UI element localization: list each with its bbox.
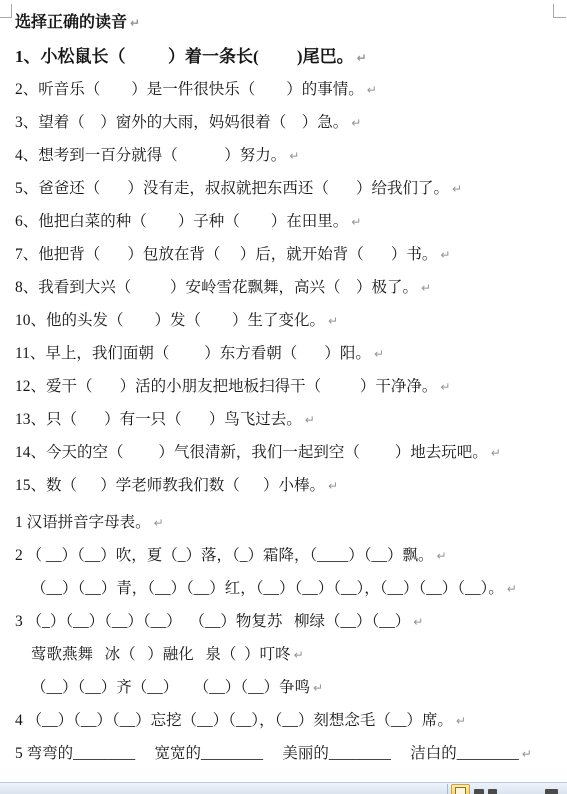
worksheet-title: 选择正确的读音↵ (15, 8, 563, 40)
question-7: 7、他把背（ ）包放在背（ ）后，就开始背（ ）书。↵ (15, 238, 563, 271)
proofing-status-icon[interactable] (451, 784, 470, 794)
paragraph-mark: ↵ (421, 281, 431, 295)
paragraph-mark: ↵ (437, 549, 447, 563)
status-bar (0, 782, 567, 794)
proofing-book-glyph (455, 787, 466, 794)
paragraph-mark: ↵ (522, 747, 532, 761)
paragraph-mark: ↵ (452, 182, 462, 196)
document-canvas[interactable]: 选择正确的读音↵ 1、小松鼠长（ ）着一条长( )尾巴。↵ 2、听音乐（ ）是一… (0, 0, 567, 770)
paragraph-mark: ↵ (294, 648, 304, 662)
question-text: 15、数（ ）学老师教我们数（ ）小棒。 (15, 477, 325, 494)
exercise-2-line-1: 2 （ __）（__）吹，夏（_）落，（_）霜降，（____）（__）飘。↵ (15, 539, 563, 572)
paragraph-mark: ↵ (351, 215, 361, 229)
exercise-text: （__）（__）青，（__）（__）红，（__）（__）（__），（__）（__… (31, 580, 504, 597)
exercise-5: 5 弯弯的________ 宽宽的________ 美丽的________ 洁白… (15, 737, 563, 770)
question-text: 2、听音乐（ ）是一件很快乐（ ）的事情。 (15, 81, 364, 98)
exercise-text: 4 （__）（__）（__）忘挖（__）（__），（__）刻想念毛（__）席。 (15, 712, 453, 729)
question-text: 6、他把白菜的种（ ）子种（ ）在田里。 (15, 213, 348, 230)
paragraph-mark: ↵ (456, 714, 466, 728)
paragraph-mark: ↵ (130, 16, 140, 30)
question-text: 5、爸爸还（ ）没有走，叔叔就把东西还（ ）给我们了。 (15, 180, 449, 197)
paragraph-mark: ↵ (440, 380, 450, 394)
exercise-text: 3 （_）（__）（__）（__） （__）物复苏 柳绿（__）（__） (15, 613, 410, 630)
paragraph-mark: ↵ (328, 479, 338, 493)
question-text: 11、早上，我们面朝（ ）东方看朝（ ）阳。 (15, 345, 371, 362)
exercise-text: 1 汉语拼音字母表。 (15, 514, 151, 531)
paragraph-mark: ↵ (328, 314, 338, 328)
question-5: 5、爸爸还（ ）没有走，叔叔就把东西还（ ）给我们了。↵ (15, 172, 563, 205)
exercise-3-line-2: 莺歌燕舞 冰（ ）融化 泉（ ）叮咚↵ (15, 638, 563, 671)
paragraph-mark: ↵ (313, 681, 323, 695)
paragraph-mark: ↵ (507, 582, 517, 596)
paragraph-mark: ↵ (357, 51, 367, 65)
paragraph-mark: ↵ (351, 116, 361, 130)
exercise-text: 莺歌燕舞 冰（ ）融化 泉（ ）叮咚 (31, 646, 291, 663)
status-text-clipped (474, 789, 484, 794)
question-text: 13、只（ ）有一只（ ）鸟飞过去。 (15, 411, 302, 428)
paragraph-mark: ↵ (289, 149, 299, 163)
exercise-3-line-3: （__）（__）齐（__） （__）（__）争鸣↵ (15, 671, 563, 704)
status-text-clipped (488, 789, 497, 794)
question-13: 13、只（ ）有一只（ ）鸟飞过去。↵ (15, 403, 563, 436)
exercise-2-line-2: （__）（__）青，（__）（__）红，（__）（__）（__），（__）（__… (15, 572, 563, 605)
question-15: 15、数（ ）学老师教我们数（ ）小棒。↵ (15, 469, 563, 502)
paragraph-mark: ↵ (367, 83, 377, 97)
question-text: 12、爱干（ ）活的小朋友把地板扫得干（ ）干净净。 (15, 378, 437, 395)
question-text: 14、今天的空（ ）气很清新，我们一起到空（ ）地去玩吧。 (15, 444, 488, 461)
question-text: 1、小松鼠长（ ）着一条长( )尾巴。 (15, 47, 354, 66)
question-10: 10、他的头发（ ）发（ ）生了变化。↵ (15, 304, 563, 337)
question-text: 10、他的头发（ ）发（ ）生了变化。 (15, 312, 325, 329)
paragraph-mark: ↵ (491, 446, 501, 460)
question-3: 3、望着（ ）窗外的大雨，妈妈很着（ ）急。↵ (15, 106, 563, 139)
exercise-1: 1 汉语拼音字母表。↵ (15, 506, 563, 539)
question-11: 11、早上，我们面朝（ ）东方看朝（ ）阳。↵ (15, 337, 563, 370)
question-4: 4、想考到一百分就得（ ）努力。↵ (15, 139, 563, 172)
exercise-text: （__）（__）齐（__） （__）（__）争鸣 (31, 679, 310, 696)
paragraph-mark: ↵ (154, 516, 164, 530)
question-1: 1、小松鼠长（ ）着一条长( )尾巴。↵ (15, 40, 563, 73)
paragraph-mark: ↵ (440, 248, 450, 262)
status-separator (447, 784, 448, 794)
question-12: 12、爱干（ ）活的小朋友把地板扫得干（ ）干净净。↵ (15, 370, 563, 403)
question-6: 6、他把白菜的种（ ）子种（ ）在田里。↵ (15, 205, 563, 238)
question-text: 7、他把背（ ）包放在背（ ）后，就开始背（ ）书。 (15, 246, 437, 263)
paragraph-mark: ↵ (305, 413, 315, 427)
question-text: 3、望着（ ）窗外的大雨，妈妈很着（ ）急。 (15, 114, 348, 131)
paragraph-mark: ↵ (374, 347, 384, 361)
question-14: 14、今天的空（ ）气很清新，我们一起到空（ ）地去玩吧。↵ (15, 436, 563, 469)
exercise-text: 5 弯弯的________ 宽宽的________ 美丽的________ 洁白… (15, 745, 519, 762)
question-8: 8、我看到大兴（ ）安岭雪花飘舞，高兴（ ）极了。↵ (15, 271, 563, 304)
question-text: 4、想考到一百分就得（ ）努力。 (15, 147, 286, 164)
exercise-text: 2 （ __）（__）吹，夏（_）落，（_）霜降，（____）（__）飘。 (15, 547, 434, 564)
question-2: 2、听音乐（ ）是一件很快乐（ ）的事情。↵ (15, 73, 563, 106)
paragraph-mark: ↵ (413, 615, 423, 629)
title-text: 选择正确的读音 (15, 14, 127, 31)
question-text: 8、我看到大兴（ ）安岭雪花飘舞，高兴（ ）极了。 (15, 279, 418, 296)
exercise-4: 4 （__）（__）（__）忘挖（__）（__），（__）刻想念毛（__）席。↵ (15, 704, 563, 737)
exercise-3-line-1: 3 （_）（__）（__）（__） （__）物复苏 柳绿（__）（__）↵ (15, 605, 563, 638)
status-text-clipped (545, 789, 558, 794)
